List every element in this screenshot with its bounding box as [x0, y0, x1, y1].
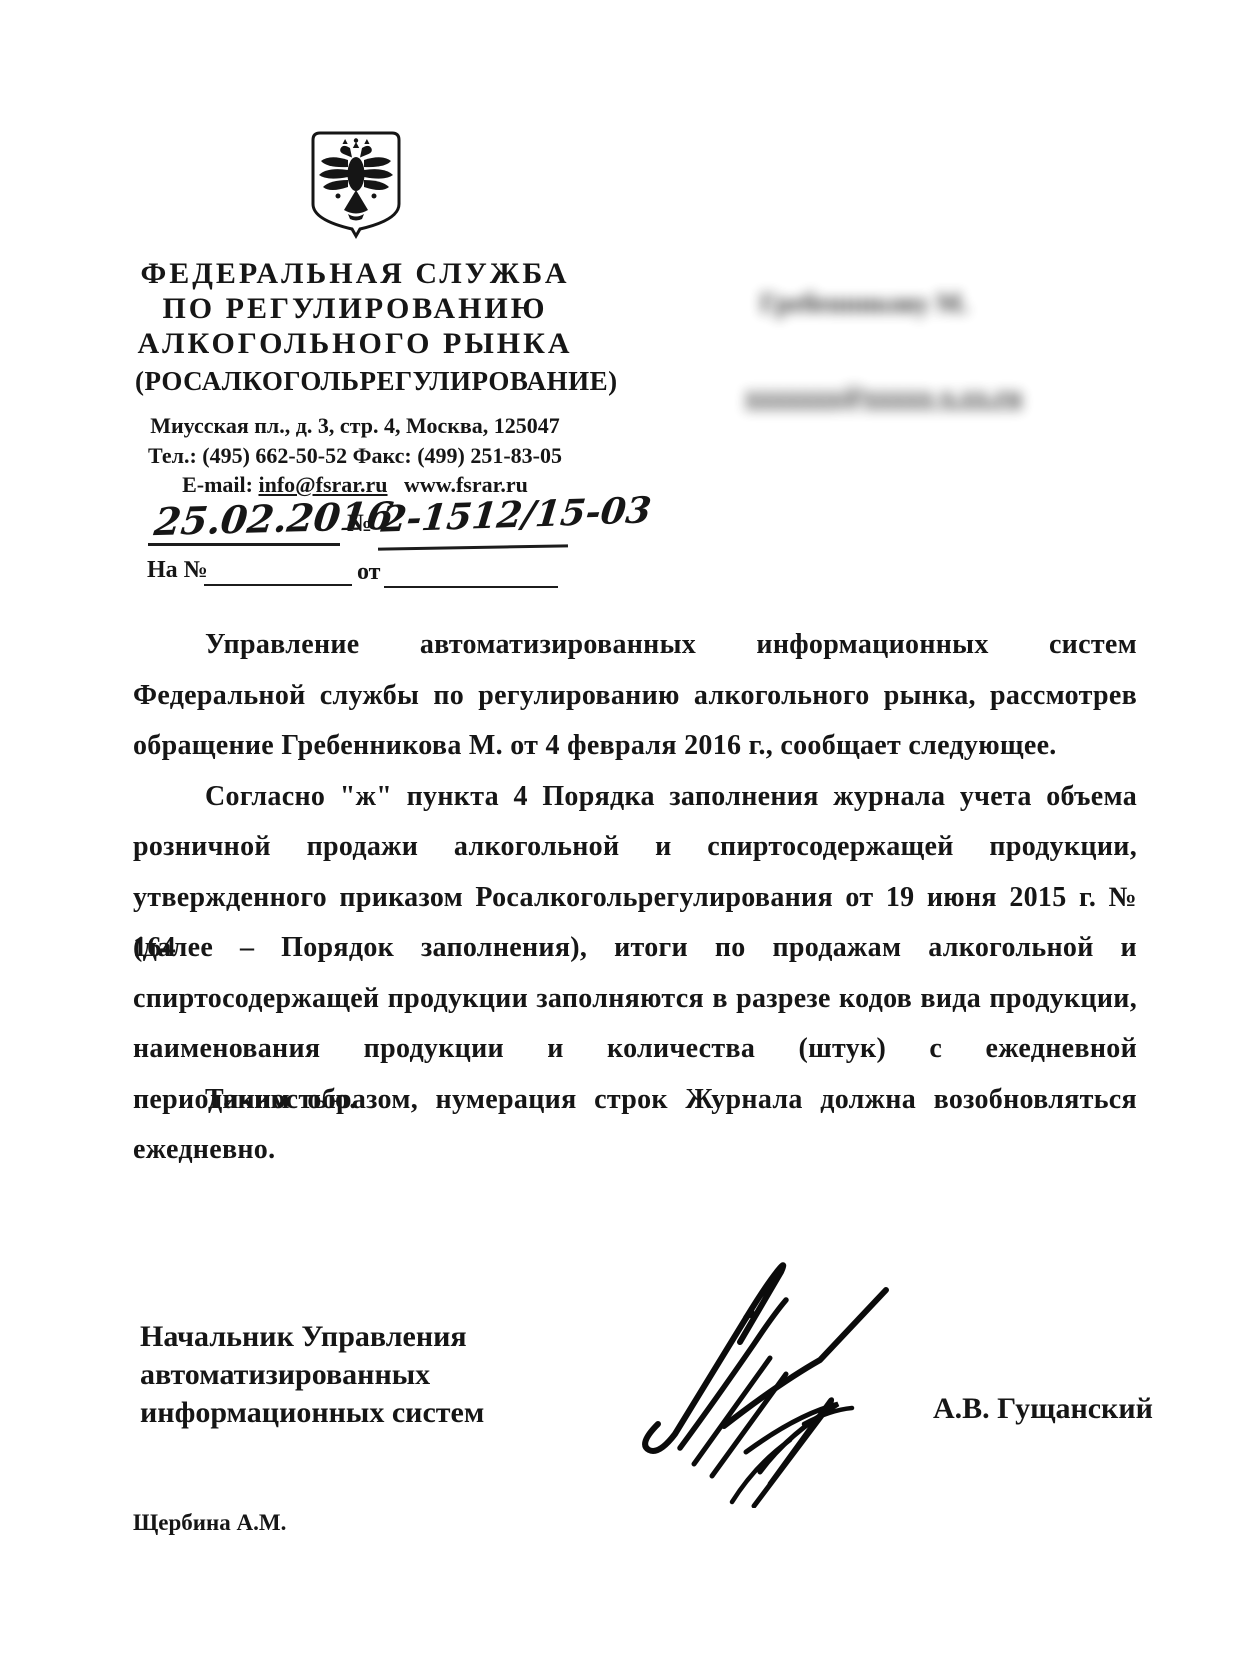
signer-name: А.В. Гущанский: [933, 1392, 1153, 1426]
website: www.fsrar.ru: [404, 472, 528, 497]
body-line: спиртосодержащей продукции заполняются в…: [133, 974, 1137, 1025]
body-line: (далее – Порядок заполнения), итоги по п…: [133, 923, 1137, 974]
body-line: наименования продукции и количества (шту…: [133, 1024, 1137, 1075]
reply-date-blank-line: [384, 586, 558, 588]
signature-scribble-icon: [628, 1256, 900, 1508]
russia-coat-of-arms-icon: [310, 130, 402, 240]
reply-to-label: На №: [147, 557, 208, 584]
reply-from-label: от: [357, 559, 380, 586]
signer-position-line1: Начальник Управления: [140, 1318, 484, 1356]
body-line: Согласно "ж" пункта 4 Порядка заполнения…: [133, 772, 1137, 823]
number-sign: №: [347, 510, 372, 538]
org-short-name: (РОСАЛКОГОЛЬРЕГУЛИРОВАНИЕ): [135, 366, 575, 397]
org-name: ФЕДЕРАЛЬНАЯ СЛУЖБА ПО РЕГУЛИРОВАНИЮ АЛКО…: [135, 256, 575, 361]
body-line: обращение Гребенникова М. от 4 февраля 2…: [133, 721, 1137, 772]
org-phones: Тел.: (495) 662-50-52 Факс: (499) 251-83…: [135, 443, 575, 469]
body-line: утвержденного приказом Росалкогольрегули…: [133, 873, 1137, 924]
handwritten-outgoing-number: 2-1512/15-03: [379, 489, 653, 540]
org-name-line3: АЛКОГОЛЬНОГО РЫНКА: [135, 326, 575, 361]
body-line: ежедневно.: [133, 1125, 1137, 1176]
org-address: Миусская пл., д. 3, стр. 4, Москва, 1250…: [135, 413, 575, 439]
org-name-line1: ФЕДЕРАЛЬНАЯ СЛУЖБА: [135, 256, 575, 291]
letter-body: Управление автоматизированных информацио…: [133, 620, 1137, 1176]
org-name-line2: ПО РЕГУЛИРОВАНИЮ: [135, 291, 575, 326]
reply-number-blank-line: [204, 584, 352, 586]
body-line: Федеральной службы по регулированию алко…: [133, 671, 1137, 722]
email-label: E-mail:: [182, 472, 253, 497]
scanned-letter-page: ФЕДЕРАЛЬНАЯ СЛУЖБА ПО РЕГУЛИРОВАНИЮ АЛКО…: [0, 0, 1250, 1679]
date-underline: [148, 543, 340, 546]
signer-position: Начальник Управления автоматизированных …: [140, 1318, 484, 1432]
executor-name: Щербина А.М.: [133, 1510, 286, 1536]
signer-position-line3: информационных систем: [140, 1394, 484, 1432]
number-underline: [378, 544, 568, 550]
body-line: розничной продажи алкогольной и спиртосо…: [133, 822, 1137, 873]
body-line: Таким образом, нумерация строк Журнала д…: [133, 1075, 1137, 1126]
signer-position-line2: автоматизированных: [140, 1356, 484, 1394]
recipient-email-redacted: xxxxxxx@xxxxx-x.xx.ru: [745, 381, 1022, 412]
body-line: Управление автоматизированных информацио…: [133, 620, 1137, 671]
recipient-name-redacted: Гребенникову М.: [760, 288, 968, 319]
